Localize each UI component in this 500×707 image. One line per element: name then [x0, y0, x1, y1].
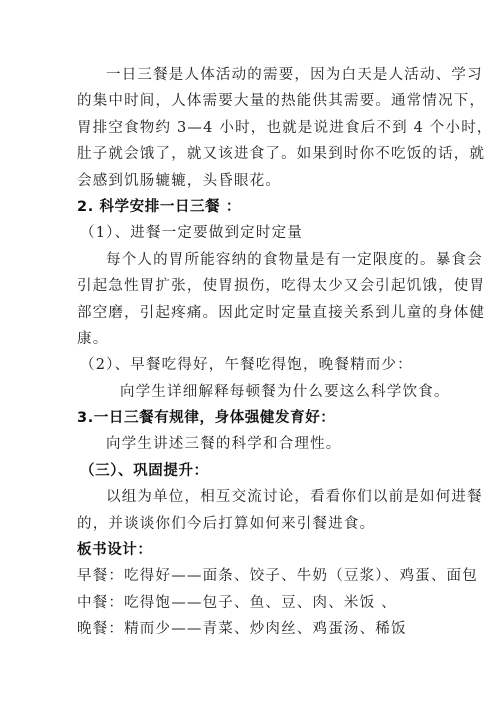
text-line: 向学生详细解释每顿餐为什么要这么科学饮食。: [77, 379, 425, 405]
text-line: 部空磨，引起疼痛。因此定时定量直接关系到儿童的身体健: [77, 300, 425, 326]
list-item: 中餐：吃得饱——包子、鱼、豆、肉、米饭 、: [77, 590, 425, 616]
text-line: 肚子就会饿了，就又该进食了。如果到时你不吃饭的话，就: [77, 141, 425, 167]
list-item: 晚餐：精而少——青菜、炒肉丝、鸡蛋汤、稀饭: [77, 616, 425, 642]
text-line: 胃排空食物约 3—4 小时，也就是说进食后不到 4 个小时，: [77, 115, 425, 141]
section-heading: 3.一日三餐有规律，身体强健发育好：: [77, 405, 425, 431]
subsection-heading: （2）、早餐吃得好，午餐吃得饱，晚餐精而少：: [77, 352, 425, 378]
text-line: 一日三餐是人体活动的需要，因为白天是人活动、学习: [77, 62, 425, 88]
section-heading: 2. 科学安排一日三餐 ：: [77, 194, 425, 220]
paragraph: 以组为单位，相互交流讨论，看看你们以前是如何进餐 的，并谈谈你们今后打算如何来引…: [77, 484, 425, 537]
text-line: 会感到饥肠辘辘，头昏眼花。: [77, 168, 425, 194]
paragraph: 每个人的胃所能容纳的食物量是有一定限度的。暴食会 引起急性胃扩张，使胃损伤，吃得…: [77, 247, 425, 353]
intro-paragraph: 一日三餐是人体活动的需要，因为白天是人活动、学习 的集中时间，人体需要大量的热能…: [77, 62, 425, 194]
list-item: 早餐：吃得好——面条、饺子、牛奶（豆浆）、鸡蛋、面包: [77, 563, 425, 589]
text-line: 每个人的胃所能容纳的食物量是有一定限度的。暴食会: [77, 247, 425, 273]
text-line: 引起急性胃扩张，使胃损伤，吃得太少又会引起饥饿，使胃: [77, 273, 425, 299]
subsection-heading: （1）、进餐一定要做到定时定量: [77, 220, 425, 246]
text-line: 向学生讲述三餐的科学和合理性。: [77, 431, 425, 457]
text-line: 以组为单位，相互交流讨论，看看你们以前是如何进餐: [77, 484, 425, 510]
board-design-heading: 板书设计：: [77, 537, 425, 563]
text-line: 康。: [77, 326, 425, 352]
board-design-list: 早餐：吃得好——面条、饺子、牛奶（豆浆）、鸡蛋、面包 中餐：吃得饱——包子、鱼、…: [77, 563, 425, 642]
text-line: 的，并谈谈你们今后打算如何来引餐进食。: [77, 511, 425, 537]
text-line: 的集中时间，人体需要大量的热能供其需要。通常情况下，: [77, 88, 425, 114]
section-heading: （三）、巩固提升：: [77, 458, 425, 484]
document-page: 一日三餐是人体活动的需要，因为白天是人活动、学习 的集中时间，人体需要大量的热能…: [77, 62, 425, 643]
